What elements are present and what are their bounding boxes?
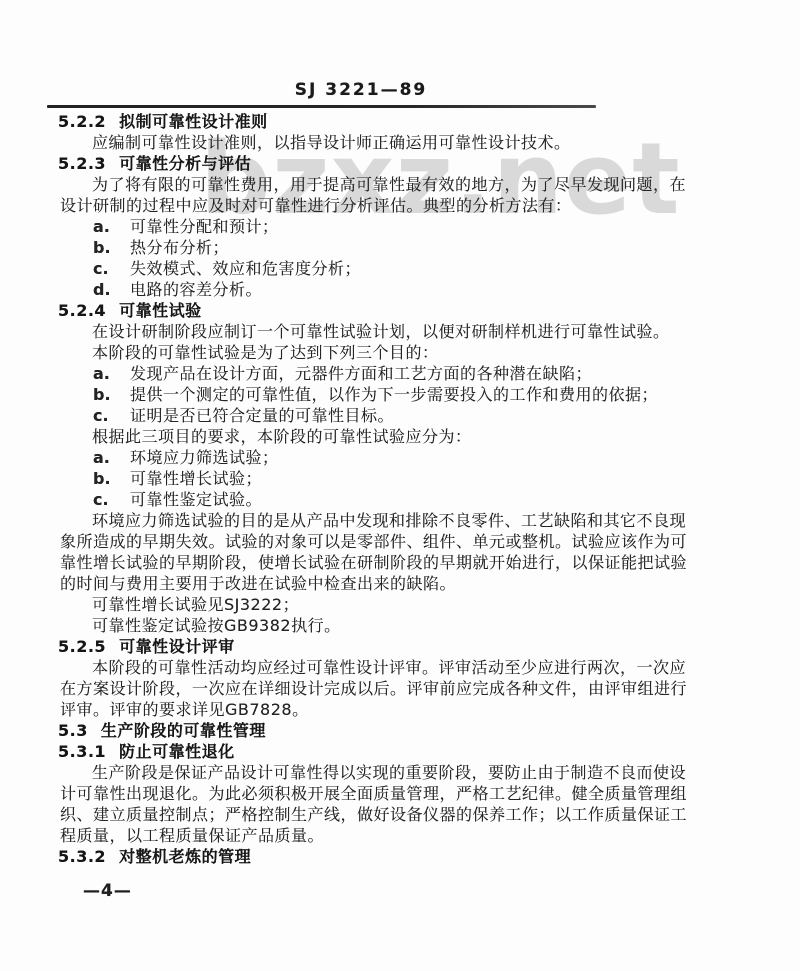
list-item: c.可靠性鉴定试验。: [0, 489, 770, 510]
list-letter: b.: [93, 384, 130, 405]
line-text: 发现产品在设计方面，元器件方面和工艺方面的各种潜在缺陷；: [130, 364, 592, 383]
paragraph-line: 本阶段的可靠性活动均应经过可靠性设计评审。评审活动至少应进行两次，一次应: [0, 657, 770, 678]
line-text: 为了将有限的可靠性费用，用于提高可靠性最有效的地方，为了尽早发现问题，在: [92, 175, 686, 194]
standard-number: SJ 3221—89: [0, 80, 722, 100]
paragraph-continuation: 评审。评审的要求详见GB7828。: [0, 699, 770, 720]
header-rule: [47, 105, 596, 108]
list-letter: d.: [93, 279, 130, 300]
section-heading: 5.3.2对整机老炼的管理: [0, 846, 770, 867]
list-item: a.环境应力筛选试验；: [0, 447, 770, 468]
paragraph-continuation: 织、建立质量控制点；严格控制生产线，做好设备仪器的保养工作；以工作质量保证工: [0, 804, 770, 825]
section-heading: 5.3生产阶段的可靠性管理: [0, 720, 770, 741]
line-text: 本阶段的可靠性活动均应经过可靠性设计评审。评审活动至少应进行两次，一次应: [92, 658, 686, 677]
list-item: b.提供一个测定的可靠性值，以作为下一步需要投入的工作和费用的依据；: [0, 384, 770, 405]
line-text: 可靠性鉴定试验。: [130, 490, 262, 509]
line-text: 生产阶段是保证产品设计可靠性得以实现的重要阶段，要防止由于制造不良而使设: [92, 763, 686, 782]
line-text: 热分布分析；: [130, 238, 229, 257]
section-heading: 5.2.5可靠性设计评审: [0, 636, 770, 657]
line-text: 拟制可靠性设计准则: [119, 112, 268, 131]
paragraph-line: 可靠性增长试验见SJ3222；: [0, 594, 770, 615]
list-letter: c.: [93, 258, 130, 279]
list-item: b.热分布分析；: [0, 237, 770, 258]
paragraph-line: 在设计研制阶段应制订一个可靠性试验计划，以便对研制样机进行可靠性试验。: [0, 321, 770, 342]
line-text: 本阶段的可靠性试验是为了达到下列三个目的：: [92, 343, 439, 362]
line-text: 环境应力筛选试验的目的是从产品中发现和排除不良零件、工艺缺陷和其它不良现: [92, 511, 686, 530]
paragraph-continuation: 靠性增长试验的早期阶段，使增长试验在研制阶段的早期就开始进行，以保证能把试验: [0, 552, 770, 573]
list-letter: c.: [93, 489, 130, 510]
paragraph-line: 生产阶段是保证产品设计可靠性得以实现的重要阶段，要防止由于制造不良而使设: [0, 762, 770, 783]
line-text: 应编制可靠性设计准则，以指导设计师正确运用可靠性设计技术。: [92, 133, 571, 152]
document-body: 5.2.2拟制可靠性设计准则应编制可靠性设计准则，以指导设计师正确运用可靠性设计…: [0, 111, 770, 867]
list-letter: b.: [93, 468, 130, 489]
line-text: 提供一个测定的可靠性值，以作为下一步需要投入的工作和费用的依据；: [130, 385, 658, 404]
line-text: 根据此三项目的要求，本阶段的可靠性试验应分为：: [92, 427, 472, 446]
line-text: 可靠性增长试验见SJ3222；: [92, 595, 299, 614]
paragraph-continuation: 设计研制的过程中应及时对可靠性进行分析评估。典型的分析方法有：: [0, 195, 770, 216]
line-text: 在方案设计阶段，一次应在详细设计完成以后。评审前应完成各种文件，由评审组进行: [60, 679, 687, 698]
list-item: b.可靠性增长试验；: [0, 468, 770, 489]
list-item: c.失效模式、效应和危害度分析；: [0, 258, 770, 279]
list-letter: c.: [93, 405, 130, 426]
line-text: 可靠性试验: [119, 301, 202, 320]
line-text: 可靠性鉴定试验按GB9382执行。: [92, 616, 341, 635]
paragraph-line: 为了将有限的可靠性费用，用于提高可靠性最有效的地方，为了尽早发现问题，在: [0, 174, 770, 195]
section-number: 5.2.3: [58, 153, 106, 174]
line-text: 对整机老炼的管理: [119, 847, 251, 866]
section-heading: 5.2.4可靠性试验: [0, 300, 770, 321]
line-text: 可靠性增长试验；: [130, 469, 262, 488]
paragraph-line: 可靠性鉴定试验按GB9382执行。: [0, 615, 770, 636]
page-number: —4—: [83, 881, 132, 901]
paragraph-line: 应编制可靠性设计准则，以指导设计师正确运用可靠性设计技术。: [0, 132, 770, 153]
line-text: 的时间与费用主要用于改进在试验中检查出来的缺陷。: [60, 574, 456, 593]
paragraph-continuation: 在方案设计阶段，一次应在详细设计完成以后。评审前应完成各种文件，由评审组进行: [0, 678, 770, 699]
section-heading: 5.3.1防止可靠性退化: [0, 741, 770, 762]
line-text: 可靠性分析与评估: [119, 154, 251, 173]
section-number: 5.2.5: [58, 636, 106, 657]
section-number: 5.2.2: [58, 111, 106, 132]
line-text: 程质量，以工程质量保证产品质量。: [60, 826, 324, 845]
section-number: 5.3: [58, 720, 88, 741]
section-heading: 5.2.2拟制可靠性设计准则: [0, 111, 770, 132]
line-text: 证明是否已符合定量的可靠性目标。: [130, 406, 394, 425]
section-heading: 5.2.3可靠性分析与评估: [0, 153, 770, 174]
line-text: 电路的容差分析。: [130, 280, 262, 299]
line-text: 织、建立质量控制点；严格控制生产线，做好设备仪器的保养工作；以工作质量保证工: [60, 805, 687, 824]
paragraph-continuation: 计可靠性出现退化。为此必须积极开展全面质量管理，严格工艺纪律。健全质量管理组: [0, 783, 770, 804]
line-text: 失效模式、效应和危害度分析；: [130, 259, 361, 278]
line-text: 靠性增长试验的早期阶段，使增长试验在研制阶段的早期就开始进行，以保证能把试验: [60, 553, 687, 572]
paragraph-line: 本阶段的可靠性试验是为了达到下列三个目的：: [0, 342, 770, 363]
document-page: bzxz.net SJ 3221—89 5.2.2拟制可靠性设计准则应编制可靠性…: [0, 0, 800, 971]
line-text: 设计研制的过程中应及时对可靠性进行分析评估。典型的分析方法有：: [60, 196, 572, 215]
list-item: c.证明是否已符合定量的可靠性目标。: [0, 405, 770, 426]
list-item: a.可靠性分配和预计；: [0, 216, 770, 237]
line-text: 评审。评审的要求详见GB7828。: [60, 700, 309, 719]
section-number: 5.3.1: [58, 741, 106, 762]
line-text: 可靠性分配和预计；: [130, 217, 279, 236]
paragraph-line: 环境应力筛选试验的目的是从产品中发现和排除不良零件、工艺缺陷和其它不良现: [0, 510, 770, 531]
line-text: 可靠性设计评审: [119, 637, 235, 656]
section-number: 5.3.2: [58, 846, 106, 867]
list-letter: a.: [93, 363, 130, 384]
line-text: 计可靠性出现退化。为此必须积极开展全面质量管理，严格工艺纪律。健全质量管理组: [60, 784, 687, 803]
paragraph-continuation: 的时间与费用主要用于改进在试验中检查出来的缺陷。: [0, 573, 770, 594]
paragraph-line: 根据此三项目的要求，本阶段的可靠性试验应分为：: [0, 426, 770, 447]
line-text: 防止可靠性退化: [119, 742, 235, 761]
line-text: 象所造成的早期失效。试验的对象可以是零部件、组件、单元或整机。试验应该作为可: [60, 532, 687, 551]
list-letter: a.: [93, 447, 130, 468]
list-item: a.发现产品在设计方面，元器件方面和工艺方面的各种潜在缺陷；: [0, 363, 770, 384]
line-text: 在设计研制阶段应制订一个可靠性试验计划，以便对研制样机进行可靠性试验。: [92, 322, 670, 341]
section-number: 5.2.4: [58, 300, 106, 321]
paragraph-continuation: 程质量，以工程质量保证产品质量。: [0, 825, 770, 846]
list-item: d.电路的容差分析。: [0, 279, 770, 300]
line-text: 环境应力筛选试验；: [130, 448, 279, 467]
paragraph-continuation: 象所造成的早期失效。试验的对象可以是零部件、组件、单元或整机。试验应该作为可: [0, 531, 770, 552]
list-letter: a.: [93, 216, 130, 237]
list-letter: b.: [93, 237, 130, 258]
line-text: 生产阶段的可靠性管理: [101, 721, 266, 740]
